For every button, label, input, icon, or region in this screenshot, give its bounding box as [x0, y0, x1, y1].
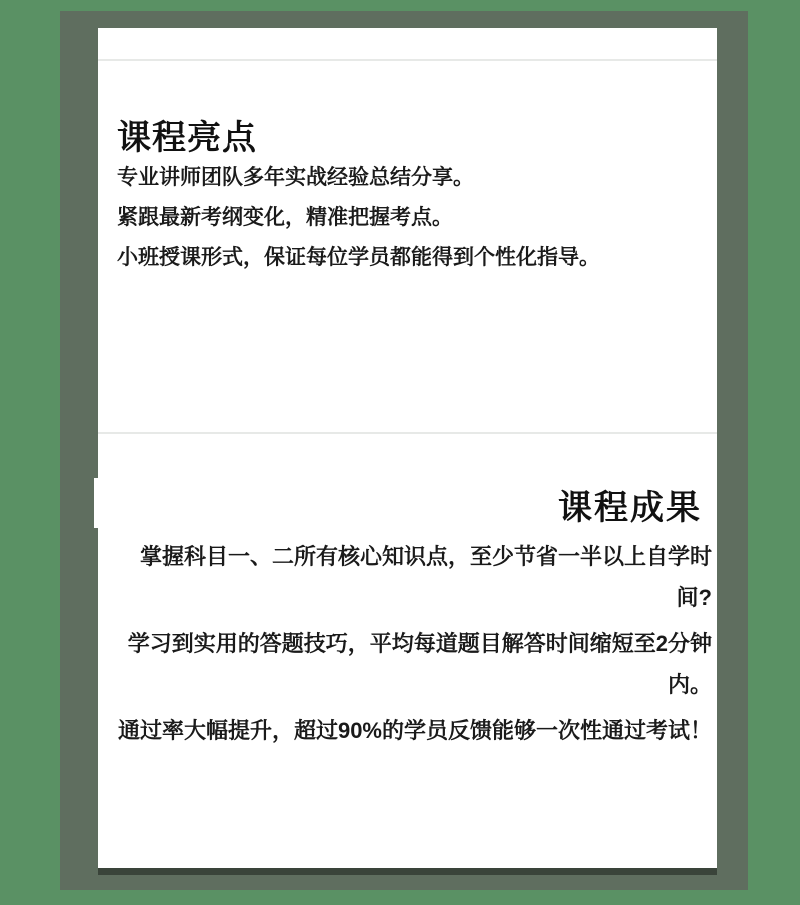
course-highlights-line-1: 专业讲师团队多年实战经验总结分享。 — [117, 158, 677, 198]
card-bottom-shadow — [98, 868, 717, 875]
course-results-line-1: 掌握科目一、二所有核心知识点，至少节省一半以上自学时 — [100, 536, 712, 577]
course-highlights-line-3: 小班授课形式，保证每位学员都能得到个性化指导。 — [117, 238, 677, 278]
course-results-line-5: 通过率大幅提升，超过90%的学员反馈能够一次性通过考试！ — [100, 710, 712, 751]
card-divider-middle — [98, 432, 717, 434]
left-edge-notch — [94, 478, 99, 528]
course-results-section: 课程成果 掌握科目一、二所有核心知识点，至少节省一半以上自学时 间? 学习到实用… — [100, 486, 712, 751]
course-highlights-title: 课程亮点 — [117, 118, 677, 158]
poster-canvas: 课程亮点 专业讲师团队多年实战经验总结分享。 紧跟最新考纲变化，精准把握考点。 … — [0, 0, 800, 905]
course-highlights-line-2: 紧跟最新考纲变化，精准把握考点。 — [117, 198, 677, 238]
course-highlights-section: 课程亮点 专业讲师团队多年实战经验总结分享。 紧跟最新考纲变化，精准把握考点。 … — [117, 118, 677, 278]
card-divider-top — [98, 59, 717, 61]
course-results-line-4: 内。 — [100, 664, 712, 705]
course-results-line-3: 学习到实用的答题技巧，平均每道题目解答时间缩短至2分钟 — [100, 623, 712, 664]
course-results-title: 课程成果 — [100, 486, 702, 530]
course-results-line-2: 间? — [100, 577, 712, 618]
